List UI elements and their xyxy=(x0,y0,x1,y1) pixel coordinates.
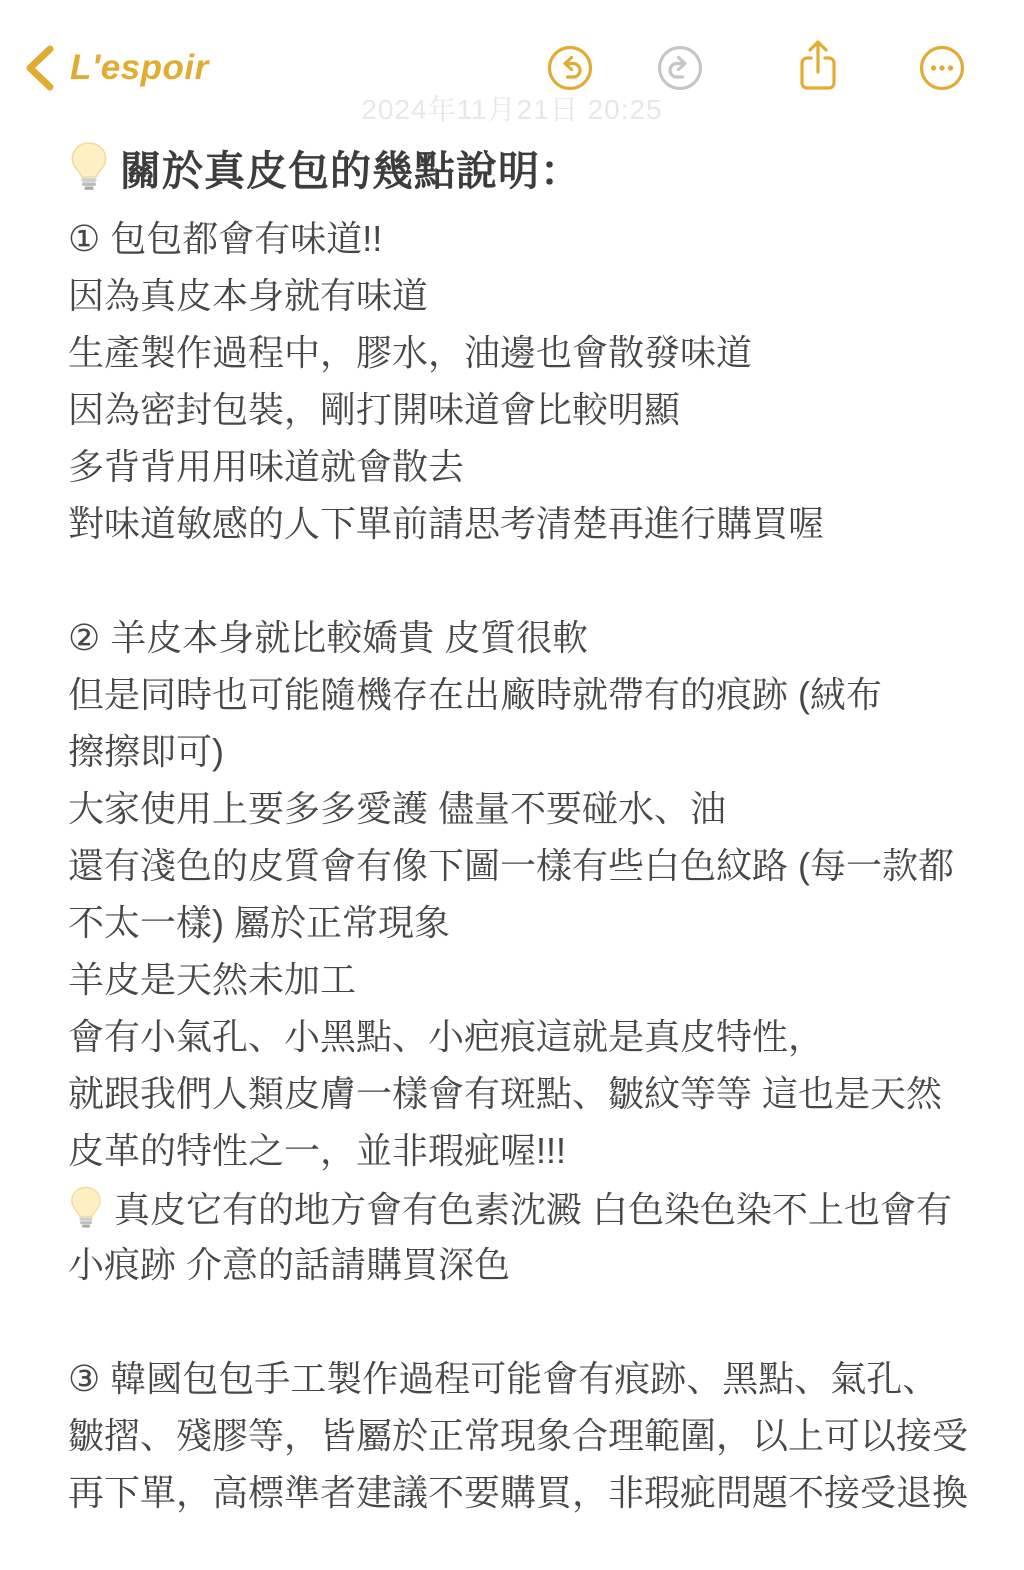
note-line: 不太一樣) 屬於正常現象 xyxy=(68,894,968,951)
note-line: ② 羊皮本身就比較嬌貴 皮質很軟 xyxy=(68,609,968,666)
undo-icon[interactable] xyxy=(546,44,594,92)
note-line: 但是同時也可能隨機存在出廠時就帶有的痕跡 (絨布 xyxy=(68,666,968,723)
tip-line-text: 真皮它有的地方會有色素沈澱 白色染色染不上也會有 xyxy=(114,1182,952,1233)
note-line: 羊皮是天然未加工 xyxy=(68,951,968,1008)
lightbulb-icon xyxy=(68,1185,104,1231)
share-icon[interactable] xyxy=(791,36,845,96)
tip-line: 真皮它有的地方會有色素沈澱 白色染色染不上也會有 xyxy=(68,1179,968,1236)
note-line: 皺摺、殘膠等，皆屬於正常現象合理範圍，以上可以接受 xyxy=(68,1407,968,1464)
note-line: ③ 韓國包包手工製作過程可能會有痕跡、黑點、氣孔、 xyxy=(68,1350,968,1407)
note-line: 大家使用上要多多愛護 儘量不要碰水、油 xyxy=(68,780,968,837)
back-chevron-icon xyxy=(22,44,56,92)
ellipsis-icon[interactable] xyxy=(918,44,966,92)
note-line: 生產製作過程中，膠水，油邊也會散發味道 xyxy=(68,324,968,381)
blank-spacer xyxy=(68,552,968,609)
notes-app-page: 2024年11月21日 20:25 L'espoir xyxy=(0,0,1024,1570)
note-line: 會有小氣孔、小黑點、小疤痕這就是真皮特性， xyxy=(68,1008,968,1065)
nav-bar: L'espoir xyxy=(0,0,1024,130)
back-label: L'espoir xyxy=(70,44,209,92)
note-line: 因為真皮本身就有味道 xyxy=(68,267,968,324)
blank-spacer xyxy=(68,1293,968,1350)
note-line: 皮革的特性之一，並非瑕疵喔!!! xyxy=(68,1122,968,1179)
note-line: 多背背用用味道就會散去 xyxy=(68,438,968,495)
note-title-text: 關於真皮包的幾點說明： xyxy=(120,138,582,197)
note-line: 對味道敏感的人下單前請思考清楚再進行購買喔 xyxy=(68,495,968,552)
lightbulb-icon xyxy=(68,141,110,193)
note-title: 關於真皮包的幾點說明： xyxy=(68,132,968,202)
note-line: 還有淺色的皮質會有像下圖一樣有些白色紋路 (每一款都 xyxy=(68,837,968,894)
note-line: 小痕跡 介意的話請購買深色 xyxy=(68,1236,968,1293)
note-line: 就跟我們人類皮膚一樣會有斑點、皺紋等等 這也是天然 xyxy=(68,1065,968,1122)
note-body[interactable]: 關於真皮包的幾點說明： ① 包包都會有味道!! 因為真皮本身就有味道 生產製作過… xyxy=(68,132,968,1521)
back-button[interactable]: L'espoir xyxy=(22,44,209,92)
note-line: 擦擦即可) xyxy=(68,723,968,780)
note-line: 因為密封包裝，剛打開味道會比較明顯 xyxy=(68,381,968,438)
note-line: 再下單，高標準者建議不要購買，非瑕疵問題不接受退換 xyxy=(68,1464,968,1521)
note-line: ① 包包都會有味道!! xyxy=(68,210,968,267)
redo-icon[interactable] xyxy=(656,44,704,92)
